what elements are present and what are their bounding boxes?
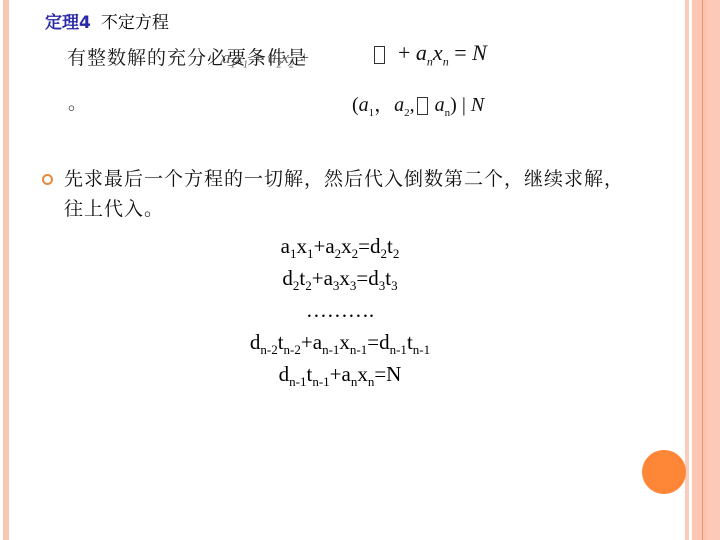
- bullet-circle-icon: [42, 174, 53, 185]
- orange-circle-decoration: [642, 450, 686, 494]
- overlay-equation-fragment: a1x1 + a2x2 +: [222, 48, 310, 70]
- missing-glyph-box: [374, 46, 385, 64]
- theorem-label: 定理4: [45, 13, 91, 33]
- diophantine-equation: + anxn = N: [372, 40, 487, 69]
- equation-line: d2t2+a3x3=d3t3: [200, 262, 480, 294]
- right-decorative-stripes: [685, 0, 720, 540]
- theorem-title: 不定方程: [101, 13, 169, 33]
- gcd-condition: (a1，a2, an) | N: [352, 88, 484, 119]
- equation-ellipsis: ……….: [200, 294, 480, 326]
- bullet-text: 先求最后一个方程的一切解，然后代入倒数第二个，继续求解，往上代入。: [64, 164, 624, 224]
- equation-line: dn-1tn-1+anxn=N: [200, 358, 480, 390]
- equation-line: a1x1+a2x2=d2t2: [200, 230, 480, 262]
- period-mark: 。: [68, 88, 87, 115]
- equation-chain: a1x1+a2x2=d2t2 d2t2+a3x3=d3t3 ………. dn-2t…: [200, 230, 480, 390]
- left-decorative-bar: [3, 0, 9, 540]
- slide-title: 定理4不定方程: [45, 8, 169, 33]
- missing-glyph-box: [417, 97, 428, 115]
- equation-line: dn-2tn-2+an-1xn-1=dn-1tn-1: [200, 326, 480, 358]
